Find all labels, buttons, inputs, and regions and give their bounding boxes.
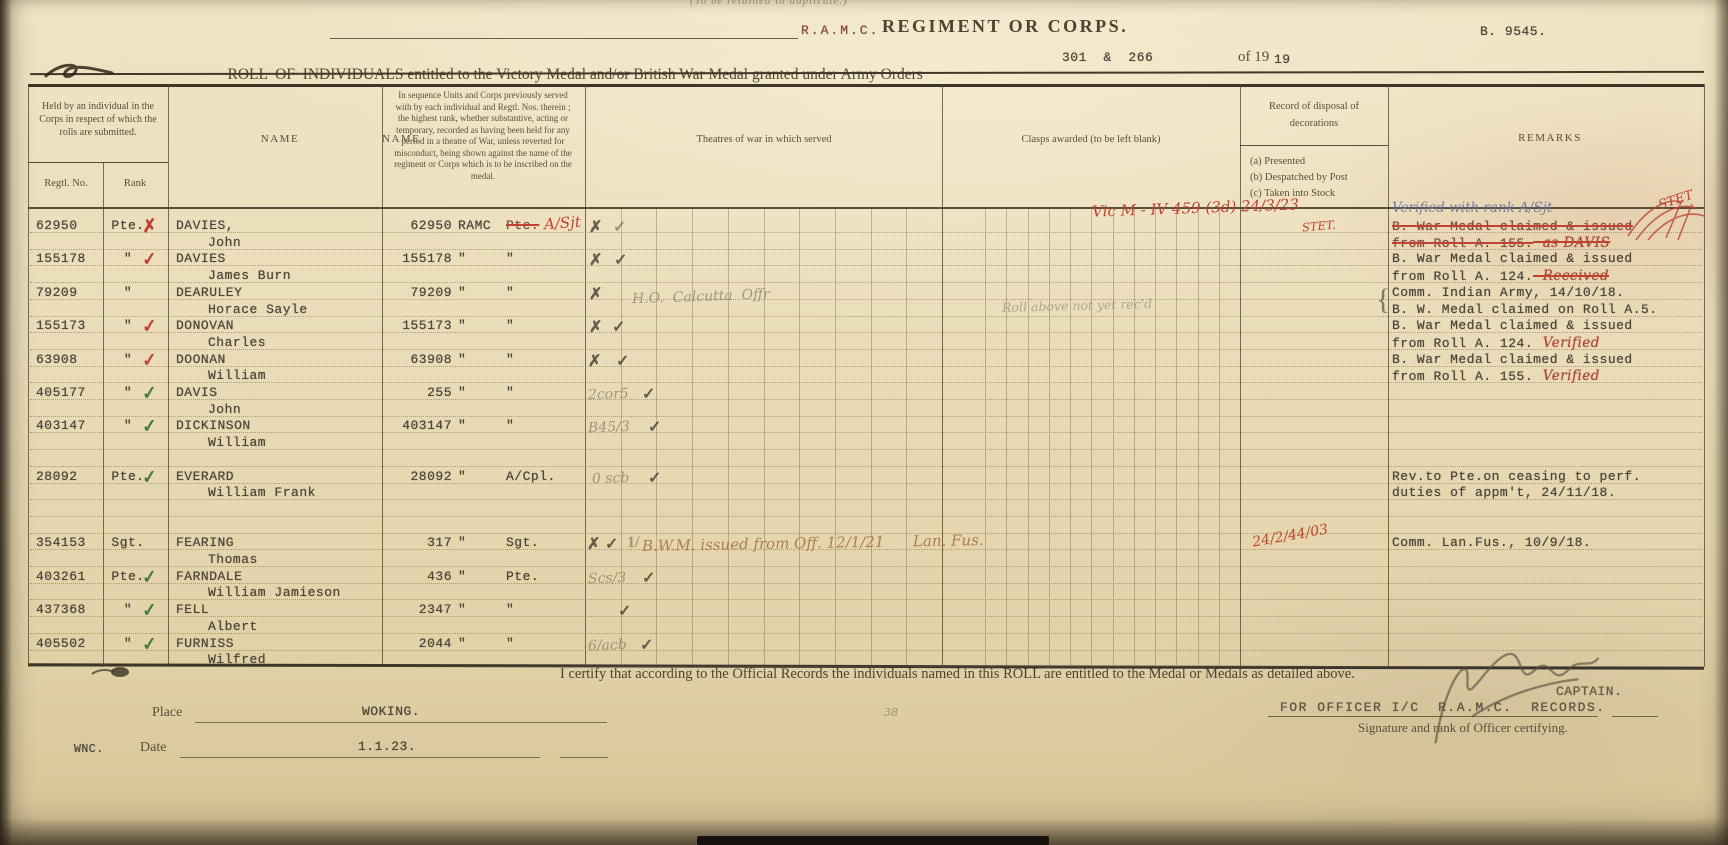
header-clasps: Clasps awarded (to be left blank): [950, 134, 1232, 145]
forename-cell: William Jamieson: [208, 585, 341, 601]
theatre-script: Scs/3: [588, 568, 659, 586]
fearing-disposal-note: 24/2/44/03: [1251, 521, 1329, 550]
theatre-mark: ✗: [589, 250, 602, 270]
header-remarks: REMARKS: [1470, 132, 1630, 144]
year-typed: 19: [1274, 52, 1291, 68]
remarks-line: B. War Medal claimed & issued: [1392, 318, 1633, 334]
date-label: Date: [140, 740, 166, 756]
of-year-label: of 19: [1238, 49, 1269, 66]
surname-cell: DOONAN: [176, 352, 226, 368]
row-rule: [30, 633, 1702, 634]
row-rule: [30, 466, 1702, 467]
clasp-subcolumn-line: [1113, 209, 1114, 665]
header-regtl-no: Regtl. No.: [30, 178, 102, 189]
photo-edge-left: [0, 0, 12, 845]
surname-cell: DAVIES,: [176, 218, 234, 234]
stet-note-1: STET.: [1301, 218, 1336, 235]
header-disposal-b: (b) Despatched by Post: [1250, 172, 1348, 183]
checkmark: ✓: [141, 466, 158, 488]
theatre-mark: 1/: [627, 534, 639, 552]
row-rule: [30, 399, 1702, 400]
row-rule: [30, 416, 1702, 417]
army-orders-value: 301 & 266: [1062, 50, 1153, 66]
remarks-line: Verified with rank A/Sjt: [1392, 200, 1552, 216]
for-officer-underline2: [1612, 716, 1658, 717]
unit-rank-cell: Pte.: [506, 218, 539, 234]
surname-cell: FURNISS: [176, 636, 234, 652]
forename-cell: Wilfred: [208, 652, 266, 668]
unit-rank-cell: Pte.: [506, 569, 539, 585]
theatre-script: 0 scb: [592, 468, 663, 486]
header-units: In sequence Units and Corps previously s…: [390, 90, 576, 182]
unit-rank-cell: ": [506, 251, 514, 267]
remarks-suffix: Verified: [1533, 335, 1600, 351]
theatre-script: 2cor5: [588, 385, 659, 403]
remarks-line: from Roll A. 124. Received: [1392, 268, 1609, 285]
table-top-border: [28, 84, 1704, 87]
fearing-script-note: B.W.M. issued from Off. 12/1/21 Lan. Fus…: [642, 531, 984, 555]
surname-cell: FARNDALE: [176, 569, 242, 585]
place-label: Place: [152, 705, 182, 721]
regtl-no-cell: 403147: [36, 418, 86, 434]
theatre-mark: ✗: [589, 284, 602, 304]
clasp-subcolumn-line: [1219, 209, 1220, 665]
checkmark: ✓: [141, 382, 158, 404]
surname-cell: DONOVAN: [176, 318, 234, 334]
clasp-subcolumn-line: [1049, 209, 1050, 665]
unit-number-cell: 2044: [368, 636, 452, 652]
regtl-no-cell: 79209: [36, 285, 78, 301]
remarks-suffix: Verified: [1533, 368, 1600, 384]
unit-corps-cell: ": [458, 285, 466, 301]
clasp-subcolumn-line: [1006, 209, 1007, 665]
checkmark: ✓: [141, 566, 158, 588]
rank-cell: ": [104, 285, 152, 301]
theatre-script: H.O. Calcutta Offr: [632, 281, 932, 307]
row-rule: [30, 616, 1702, 617]
unit-corps-cell: ": [458, 535, 466, 551]
unit-corps-cell: ": [458, 352, 466, 368]
forename-cell: William: [208, 435, 266, 451]
ink-blot-icon: [90, 664, 134, 680]
unit-number-cell: 317: [368, 535, 452, 551]
row-rule: [30, 449, 1702, 450]
unit-corps-cell: ": [458, 385, 466, 401]
forename-cell: Horace Sayle: [208, 302, 308, 318]
checkmark: ✗: [141, 215, 158, 237]
clasp-subcolumn-line: [1176, 209, 1177, 665]
theatre-mark: ✓: [612, 317, 625, 337]
theatre-subcolumn-line: [906, 209, 907, 665]
for-officer-underline: [1268, 716, 1598, 717]
place-value: WOKING.: [362, 704, 420, 720]
forename-cell: Thomas: [208, 552, 258, 568]
checkmark: ✓: [141, 349, 158, 371]
unit-rank-cell: ": [506, 602, 514, 618]
forename-cell: William: [208, 368, 266, 384]
theatre-subcolumn-line: [835, 209, 836, 665]
heldby-divider: [28, 162, 168, 163]
unit-corps-cell: RAMC: [458, 218, 491, 234]
theatre-mark: ✓: [614, 250, 627, 270]
forename-cell: William Frank: [208, 485, 316, 501]
unit-corps-cell: ": [458, 418, 466, 434]
regtl-no-cell: 155173: [36, 318, 86, 334]
unit-corps-cell: ": [458, 569, 466, 585]
unit-rank-amendment: A/Sjt: [543, 213, 581, 234]
unit-corps-cell: ": [458, 251, 466, 267]
theatre-script: 6/acb: [588, 635, 659, 653]
unit-corps-cell: ": [458, 602, 466, 618]
row-rule: [30, 516, 1702, 517]
checkmark: ✓: [141, 633, 158, 655]
remarks-line: B. War Medal claimed & issued: [1392, 251, 1633, 267]
unit-corps-cell: ": [458, 318, 466, 334]
regtl-no-cell: 28092: [36, 469, 78, 485]
surname-cell: FELL: [176, 602, 209, 618]
regtl-no-cell: 155178: [36, 251, 86, 267]
remarks-line: duties of appm't, 24/11/18.: [1392, 485, 1616, 501]
regtl-no-cell: 354153: [36, 535, 86, 551]
pencil-38: 38: [884, 706, 898, 719]
theatre-subcolumn-line: [764, 209, 765, 665]
col-divider-regtl-rank: [103, 162, 104, 667]
col-divider-theatres-clasps: [942, 84, 943, 667]
theatre-subcolumn-line: [871, 209, 872, 665]
unit-number-cell: 255: [368, 385, 452, 401]
unit-number-cell: 62950: [368, 218, 452, 234]
unit-number-cell: 155173: [368, 318, 452, 334]
clasp-subcolumn-line: [1134, 209, 1135, 665]
header-held-by: Held by an individual in the Corps in re…: [36, 100, 160, 139]
theatre-mark: ✓: [618, 601, 631, 621]
for-officer-line: FOR OFFICER I/C R.A.M.C. RECORDS.: [1280, 700, 1606, 716]
theatre-mark: ✓: [616, 351, 629, 371]
top-note: (To be retained in duplicate.): [690, 0, 848, 7]
clasp-subcolumn-line: [1091, 209, 1092, 665]
rank-cell: Sgt.: [104, 535, 152, 551]
theatre-subcolumn-line: [621, 209, 622, 665]
checkmark: ✓: [141, 249, 158, 271]
unit-rank-cell: ": [506, 352, 514, 368]
corps-typed: R.A.M.C.: [801, 23, 879, 39]
checkmark: ✓: [141, 315, 158, 337]
forename-cell: Albert: [208, 619, 258, 635]
unit-number-cell: 2347: [368, 602, 452, 618]
header-theatres: Theatres of war in which served: [595, 134, 933, 145]
regtl-no-cell: 405502: [36, 636, 86, 652]
medal-roll-document: (To be retained in duplicate.) R.A.M.C. …: [0, 0, 1728, 845]
corps-title: REGIMENT OR CORPS.: [882, 16, 1128, 37]
remarks-line: from Roll A. 155. as DAVIS: [1392, 235, 1610, 252]
surname-cell: DAVIES: [176, 251, 226, 267]
clasp-subcolumn-line: [985, 209, 986, 665]
forename-cell: John: [208, 402, 241, 418]
theatre-mark: ✗: [588, 351, 601, 371]
theatre-subcolumn-line: [728, 209, 729, 665]
regtl-no-cell: 62950: [36, 218, 78, 234]
remarks-line: B. War Medal claimed & issued: [1392, 352, 1633, 368]
row-rule: [30, 566, 1702, 567]
row-rule: [30, 432, 1702, 433]
theatre-script: B45/3: [588, 418, 659, 436]
clasp-subcolumn-line: [1028, 209, 1029, 665]
remarks-line: Rev.to Pte.on ceasing to perf.: [1392, 469, 1641, 485]
remarks-brace: {: [1376, 283, 1390, 317]
unit-rank-cell: ": [506, 318, 514, 334]
date-line: [180, 757, 540, 758]
remarks-line: Comm. Indian Army, 14/10/18.: [1392, 285, 1624, 301]
remarks-line: from Roll A. 155. Verified: [1392, 368, 1600, 385]
remarks-line: B. W. Medal claimed on Roll A.5.: [1392, 302, 1658, 318]
roll-title-struck: /or: [612, 66, 629, 83]
form-number: B. 9545.: [1480, 24, 1546, 40]
unit-number-cell: 155178: [368, 251, 452, 267]
clasps-pencil-note: Roll above not yet rec'd: [1002, 296, 1153, 315]
unit-rank-cell: A/Cpl.: [506, 469, 556, 485]
header-disposal-a: (a) Presented: [1250, 156, 1305, 167]
table-right-border: [1704, 84, 1705, 667]
unit-rank-cell: ": [506, 418, 514, 434]
corps-blank-line: [330, 38, 798, 39]
surname-cell: DAVIS: [176, 385, 218, 401]
pen-squiggle-icon: [44, 60, 114, 84]
unit-number-cell: 436: [368, 569, 452, 585]
clasp-subcolumn-line: [1070, 209, 1071, 665]
col-divider-units-theatres: [585, 84, 586, 667]
date-line2: [560, 757, 608, 758]
captain-rank: CAPTAIN.: [1556, 684, 1622, 700]
unit-rank-cell: ": [506, 636, 514, 652]
header-rank: Rank: [104, 178, 166, 189]
regtl-no-cell: 63908: [36, 352, 78, 368]
unit-corps-cell: ": [458, 469, 466, 485]
theatre-mark: ✗: [589, 217, 602, 237]
photo-edge-right: [1714, 0, 1728, 845]
col-divider-disposal-remarks: [1388, 84, 1389, 667]
remarks-suffix: as DAVIS: [1533, 235, 1610, 251]
regtl-no-cell: 403261: [36, 569, 86, 585]
col-divider-rank-name: [168, 84, 169, 667]
regtl-no-cell: 437368: [36, 602, 86, 618]
date-value: 1.1.23.: [358, 739, 416, 755]
theatre-mark: ✗: [587, 534, 600, 554]
col-divider-clasps-disposal: [1240, 84, 1241, 667]
theatre-subcolumn-line: [692, 209, 693, 665]
forename-cell: John: [208, 235, 241, 251]
unit-number-cell: 28092: [368, 469, 452, 485]
wnc-initials: WNC.: [74, 742, 104, 758]
unit-rank-cell: Sgt.: [506, 535, 539, 551]
unit-corps-cell: ": [458, 636, 466, 652]
theatre-subcolumn-line: [799, 209, 800, 665]
place-line: [195, 722, 607, 723]
header-disposal-title: Record of disposal of decorations: [1246, 98, 1382, 132]
remarks-line: B. War Medal claimed & issued: [1392, 219, 1633, 235]
row-rule: [30, 583, 1702, 584]
signature-caption: Signature and rank of Officer certifying…: [1358, 720, 1568, 736]
surname-cell: DICKINSON: [176, 418, 251, 434]
vic-medal-note: Vic M - IV 459 (3d) 24/3/23: [1092, 195, 1299, 220]
header-name2: NAME: [192, 133, 368, 145]
regtl-no-cell: 405177: [36, 385, 86, 401]
certify-statement: I certify that according to the Official…: [560, 666, 1355, 683]
red-scribble-icon: [1622, 196, 1708, 242]
forename-cell: Charles: [208, 335, 266, 351]
surname-cell: DEARULEY: [176, 285, 242, 301]
bottom-black-bar: [697, 836, 1049, 845]
theatre-mark: ✓: [613, 217, 626, 237]
unit-rank-cell: ": [506, 385, 514, 401]
roll-title-part2: British War Medal granted under Army Ord…: [630, 66, 923, 83]
checkmark: ✓: [141, 599, 158, 621]
remarks-line: Comm. Lan.Fus., 10/9/18.: [1392, 535, 1591, 551]
remarks-line: from Roll A. 124. Verified: [1392, 335, 1600, 352]
clasp-subcolumn-line: [1198, 209, 1199, 665]
clasp-subcolumn-line: [1155, 209, 1156, 665]
surname-cell: EVERARD: [176, 469, 234, 485]
remarks-suffix: Received: [1533, 268, 1609, 284]
theatre-mark: ✓: [605, 534, 618, 554]
forename-cell: James Burn: [208, 268, 291, 284]
table-left-border: [28, 84, 29, 667]
theatre-mark: ✗: [589, 317, 602, 337]
unit-number-cell: 79209: [368, 285, 452, 301]
checkmark: ✓: [141, 416, 158, 438]
unit-number-cell: 63908: [368, 352, 452, 368]
disposal-divider: [1240, 145, 1388, 146]
surname-cell: FEARING: [176, 535, 234, 551]
unit-rank-cell: ": [506, 285, 514, 301]
unit-number-cell: 403147: [368, 418, 452, 434]
